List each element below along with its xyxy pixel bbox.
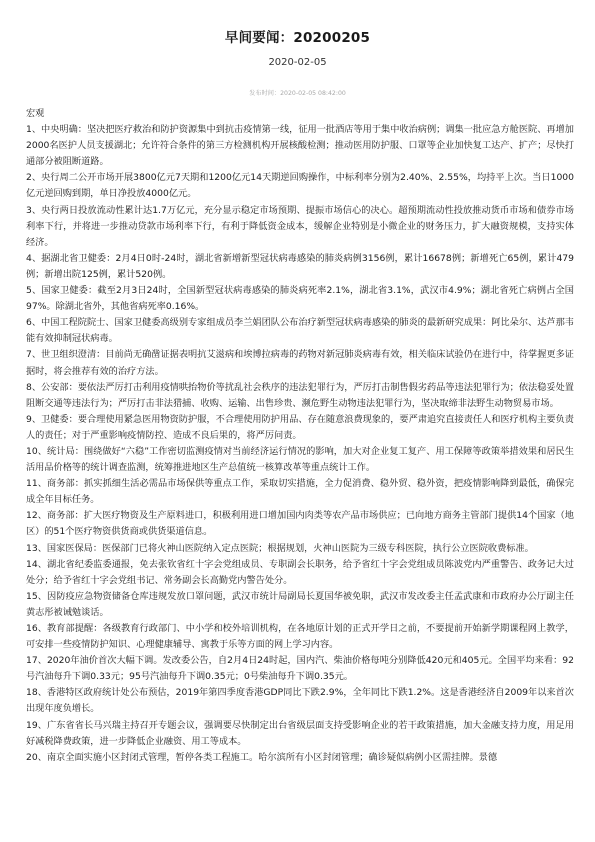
page-title: 早间要闻：20200205 bbox=[0, 26, 595, 46]
news-item-13: 13、国家医保局：医保部门已将火神山医院纳入定点医院；根据规划，火神山医院为三级… bbox=[26, 541, 574, 557]
news-item-11: 11、商务部：抓实抓细生活必需品市场保供等重点工作，采取切实措施，全力促消费、稳… bbox=[26, 476, 574, 508]
news-item-6: 6、中国工程院院士、国家卫健委高级别专家组成员李兰娟团队公布治疗新型冠状病毒感染… bbox=[26, 315, 574, 347]
news-item-17: 17、2020年油价首次大幅下调。发改委公告，自2月4日24时起，国内汽、柴油价… bbox=[26, 653, 574, 685]
news-item-5: 5、国家卫健委：截至2月3日24时，全国新型冠状病毒感染的肺炎病死率2.1%，湖… bbox=[26, 283, 574, 315]
news-item-18: 18、香港特区政府统计处公布预估，2019年第四季度香港GDP同比下跌2.9%，… bbox=[26, 685, 574, 717]
news-item-8: 8、公安部：要依法严厉打击利用疫情哄抬物价等扰乱社会秩序的违法犯罪行为，严厉打击… bbox=[26, 380, 574, 412]
news-item-2: 2、央行周二公开市场开展3800亿元7天期和1200亿元14天期逆回购操作，中标… bbox=[26, 170, 574, 202]
news-item-19: 19、广东省省长马兴瑞主持召开专题会议，强调要尽快制定出台省级层面支持受影响企业… bbox=[26, 718, 574, 750]
page-date: 2020-02-05 bbox=[0, 57, 595, 68]
news-content: 宏观 1、中央明确：坚决把医疗救治和防护资源集中到抗击疫情第一线，征用一批酒店等… bbox=[26, 106, 574, 766]
news-item-14: 14、湖北省纪委监委通报，免去张钦省红十字会党组成员、专职副会长职务，给予省红十… bbox=[26, 557, 574, 589]
news-item-12: 12、商务部：扩大医疗物资及生产原料进口，积极利用进口增加国内肉类等农产品市场供… bbox=[26, 508, 574, 540]
news-item-1: 1、中央明确：坚决把医疗救治和防护资源集中到抗击疫情第一线，征用一批酒店等用于集… bbox=[26, 122, 574, 170]
publish-time: 发布时间：2020-02-05 08:42:00 bbox=[0, 88, 595, 97]
news-item-16: 16、教育部提醒：各级教育行政部门、中小学和校外培训机构，在各地原计划的正式开学… bbox=[26, 621, 574, 653]
news-item-15: 15、因防疫应急物资储备仓库违规发放口罩问题，武汉市统计局副局长夏国华被免职，武… bbox=[26, 589, 574, 621]
news-item-7: 7、世卫组织澄清：目前尚无确凿证据表明抗艾滋病和埃博拉病毒的药物对新冠肺炎病毒有… bbox=[26, 347, 574, 379]
news-item-3: 3、央行两日投放流动性累计达1.7万亿元，充分显示稳定市场预期、提振市场信心的决… bbox=[26, 203, 574, 251]
news-item-4: 4、据湖北省卫健委：2月4日0时-24时，湖北省新增新型冠状病毒感染的肺炎病例3… bbox=[26, 251, 574, 283]
news-item-20: 20、南京全面实施小区封闭式管理，暂停各类工程施工。哈尔滨所有小区封闭管理；确诊… bbox=[26, 750, 574, 766]
news-item-9: 9、卫健委：要合理使用紧急医用物资防护服，不合理使用防护用品、存在随意浪费现象的… bbox=[26, 412, 574, 444]
document-page: 早间要闻：20200205 2020-02-05 发布时间：2020-02-05… bbox=[0, 0, 595, 842]
news-item-10: 10、统计局：围绕做好“六稳”工作密切监测疫情对当前经济运行情况的影响，加大对企… bbox=[26, 444, 574, 476]
section-heading: 宏观 bbox=[26, 106, 574, 122]
